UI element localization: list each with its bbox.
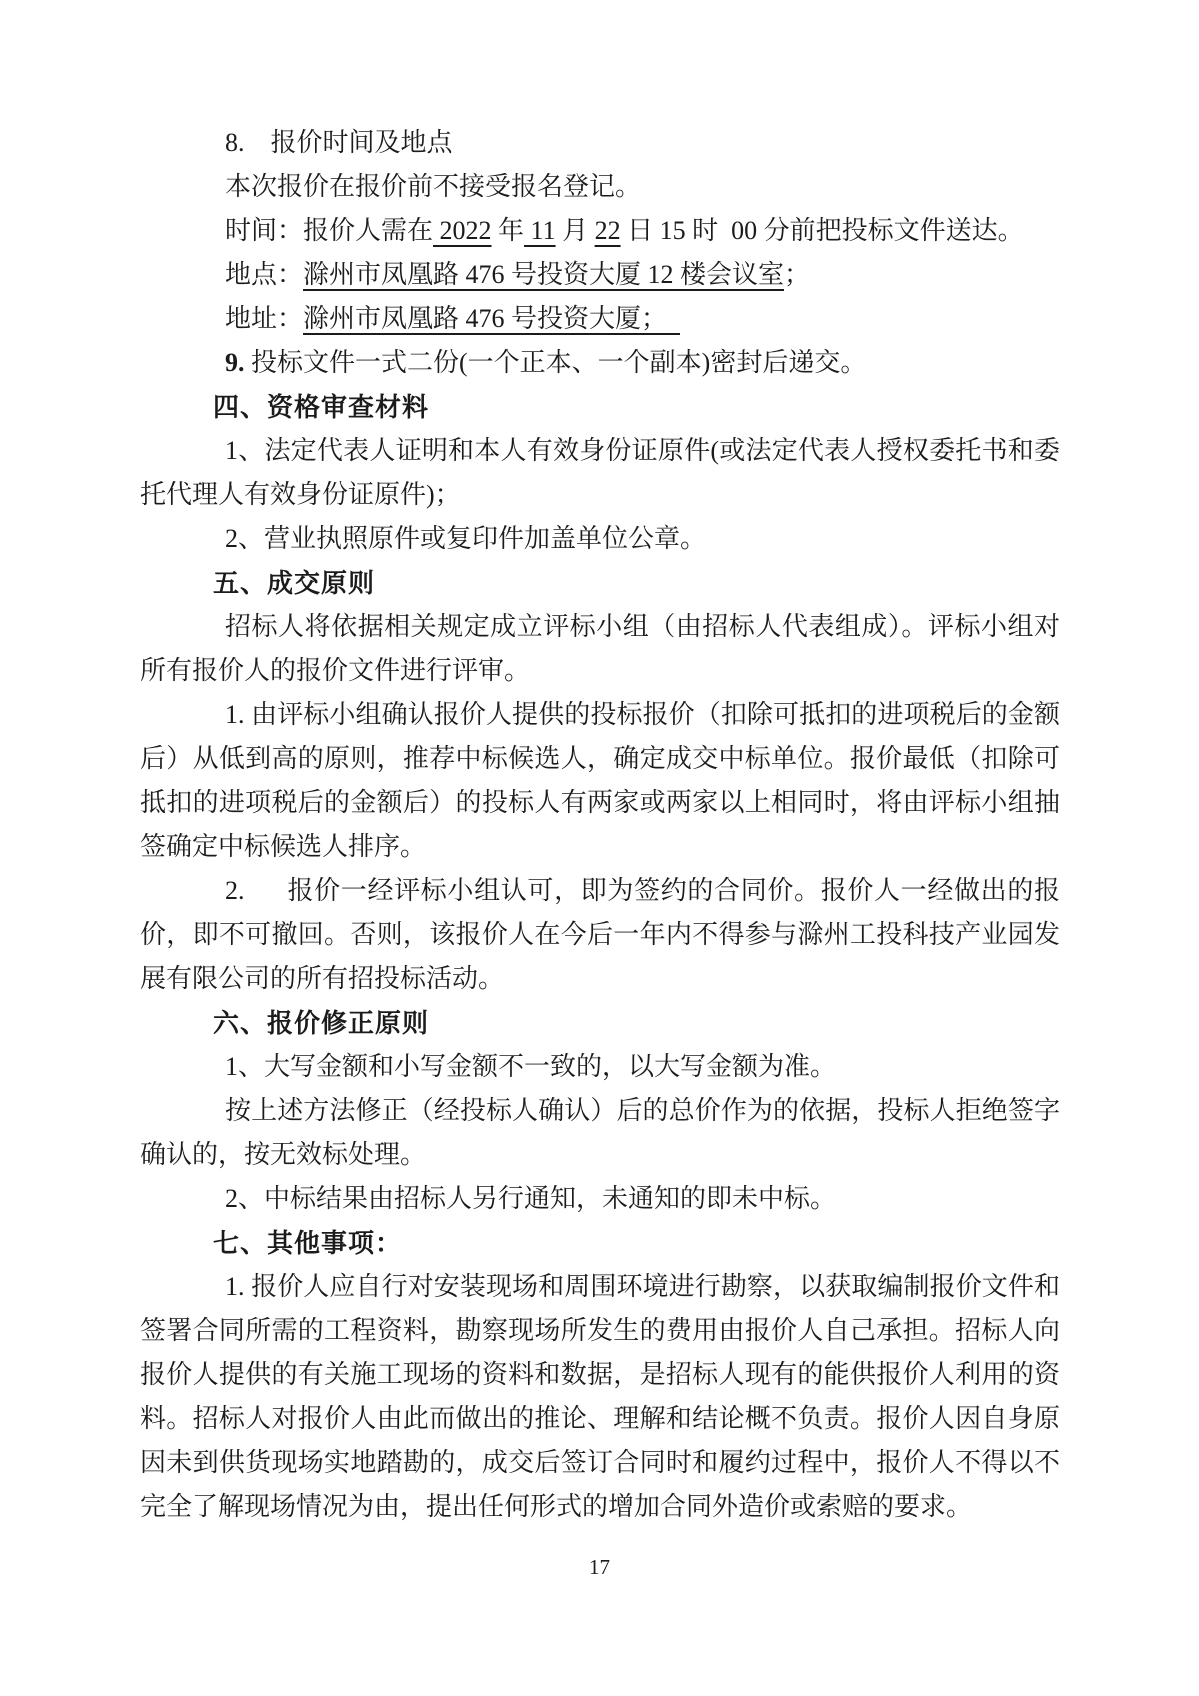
para-5-item-1: 1. 由评标小组确认报价人提供的投标报价（扣除可抵扣的进项税后的金额后）从低到高…	[140, 693, 1060, 869]
para-5-item-2: 2. 报价一经评标小组认可，即为签约的合同价。报价人一经做出的报价，即不可撤回。…	[140, 869, 1060, 1001]
para-6-item-2: 2、中标结果由招标人另行通知，未通知的即未中标。	[140, 1177, 1060, 1221]
para-location: 地点：滁州市凤凰路 476 号投资大厦 12 楼会议室；	[140, 253, 1060, 297]
heading-section-5: 五、成交原则	[140, 561, 1060, 605]
para-no-registration: 本次报价在报价前不接受报名登记。	[140, 165, 1060, 209]
item-8-heading: 8. 报价时间及地点	[140, 121, 1060, 165]
heading-section-6: 六、报价修正原则	[140, 1001, 1060, 1045]
para-address: 地址：滁州市凤凰路 476 号投资大厦；	[140, 297, 1060, 341]
document-page: 8. 报价时间及地点本次报价在报价前不接受报名登记。时间：报价人需在 2022 …	[0, 0, 1199, 1696]
heading-section-7: 七、其他事项：	[140, 1221, 1060, 1265]
para-5-intro: 招标人将依据相关规定成立评标小组（由招标人代表组成）。评标小组对所有报价人的报价…	[140, 605, 1060, 693]
para-6-item-1: 1、大写金额和小写金额不一致的，以大写金额为准。	[140, 1045, 1060, 1089]
page-number: 17	[0, 1552, 1199, 1582]
para-7-item-1: 1. 报价人应自行对安装现场和周围环境进行勘察，以获取编制报价文件和签署合同所需…	[140, 1265, 1060, 1529]
document-body: 8. 报价时间及地点本次报价在报价前不接受报名登记。时间：报价人需在 2022 …	[140, 121, 1060, 1529]
heading-section-4: 四、资格审查材料	[140, 385, 1060, 429]
para-6-correction: 按上述方法修正（经投标人确认）后的总价作为的依据，投标人拒绝签字确认的，按无效标…	[140, 1089, 1060, 1177]
para-time: 时间：报价人需在 2022 年 11 月 22 日 15 时 00 分前把投标文…	[140, 209, 1060, 253]
para-4-item-2: 2、营业执照原件或复印件加盖单位公章。	[140, 517, 1060, 561]
item-9: 9. 投标文件一式二份(一个正本、一个副本)密封后递交。	[140, 341, 1060, 385]
para-4-item-1: 1、法定代表人证明和本人有效身份证原件(或法定代表人授权委托书和委托代理人有效身…	[140, 429, 1060, 517]
